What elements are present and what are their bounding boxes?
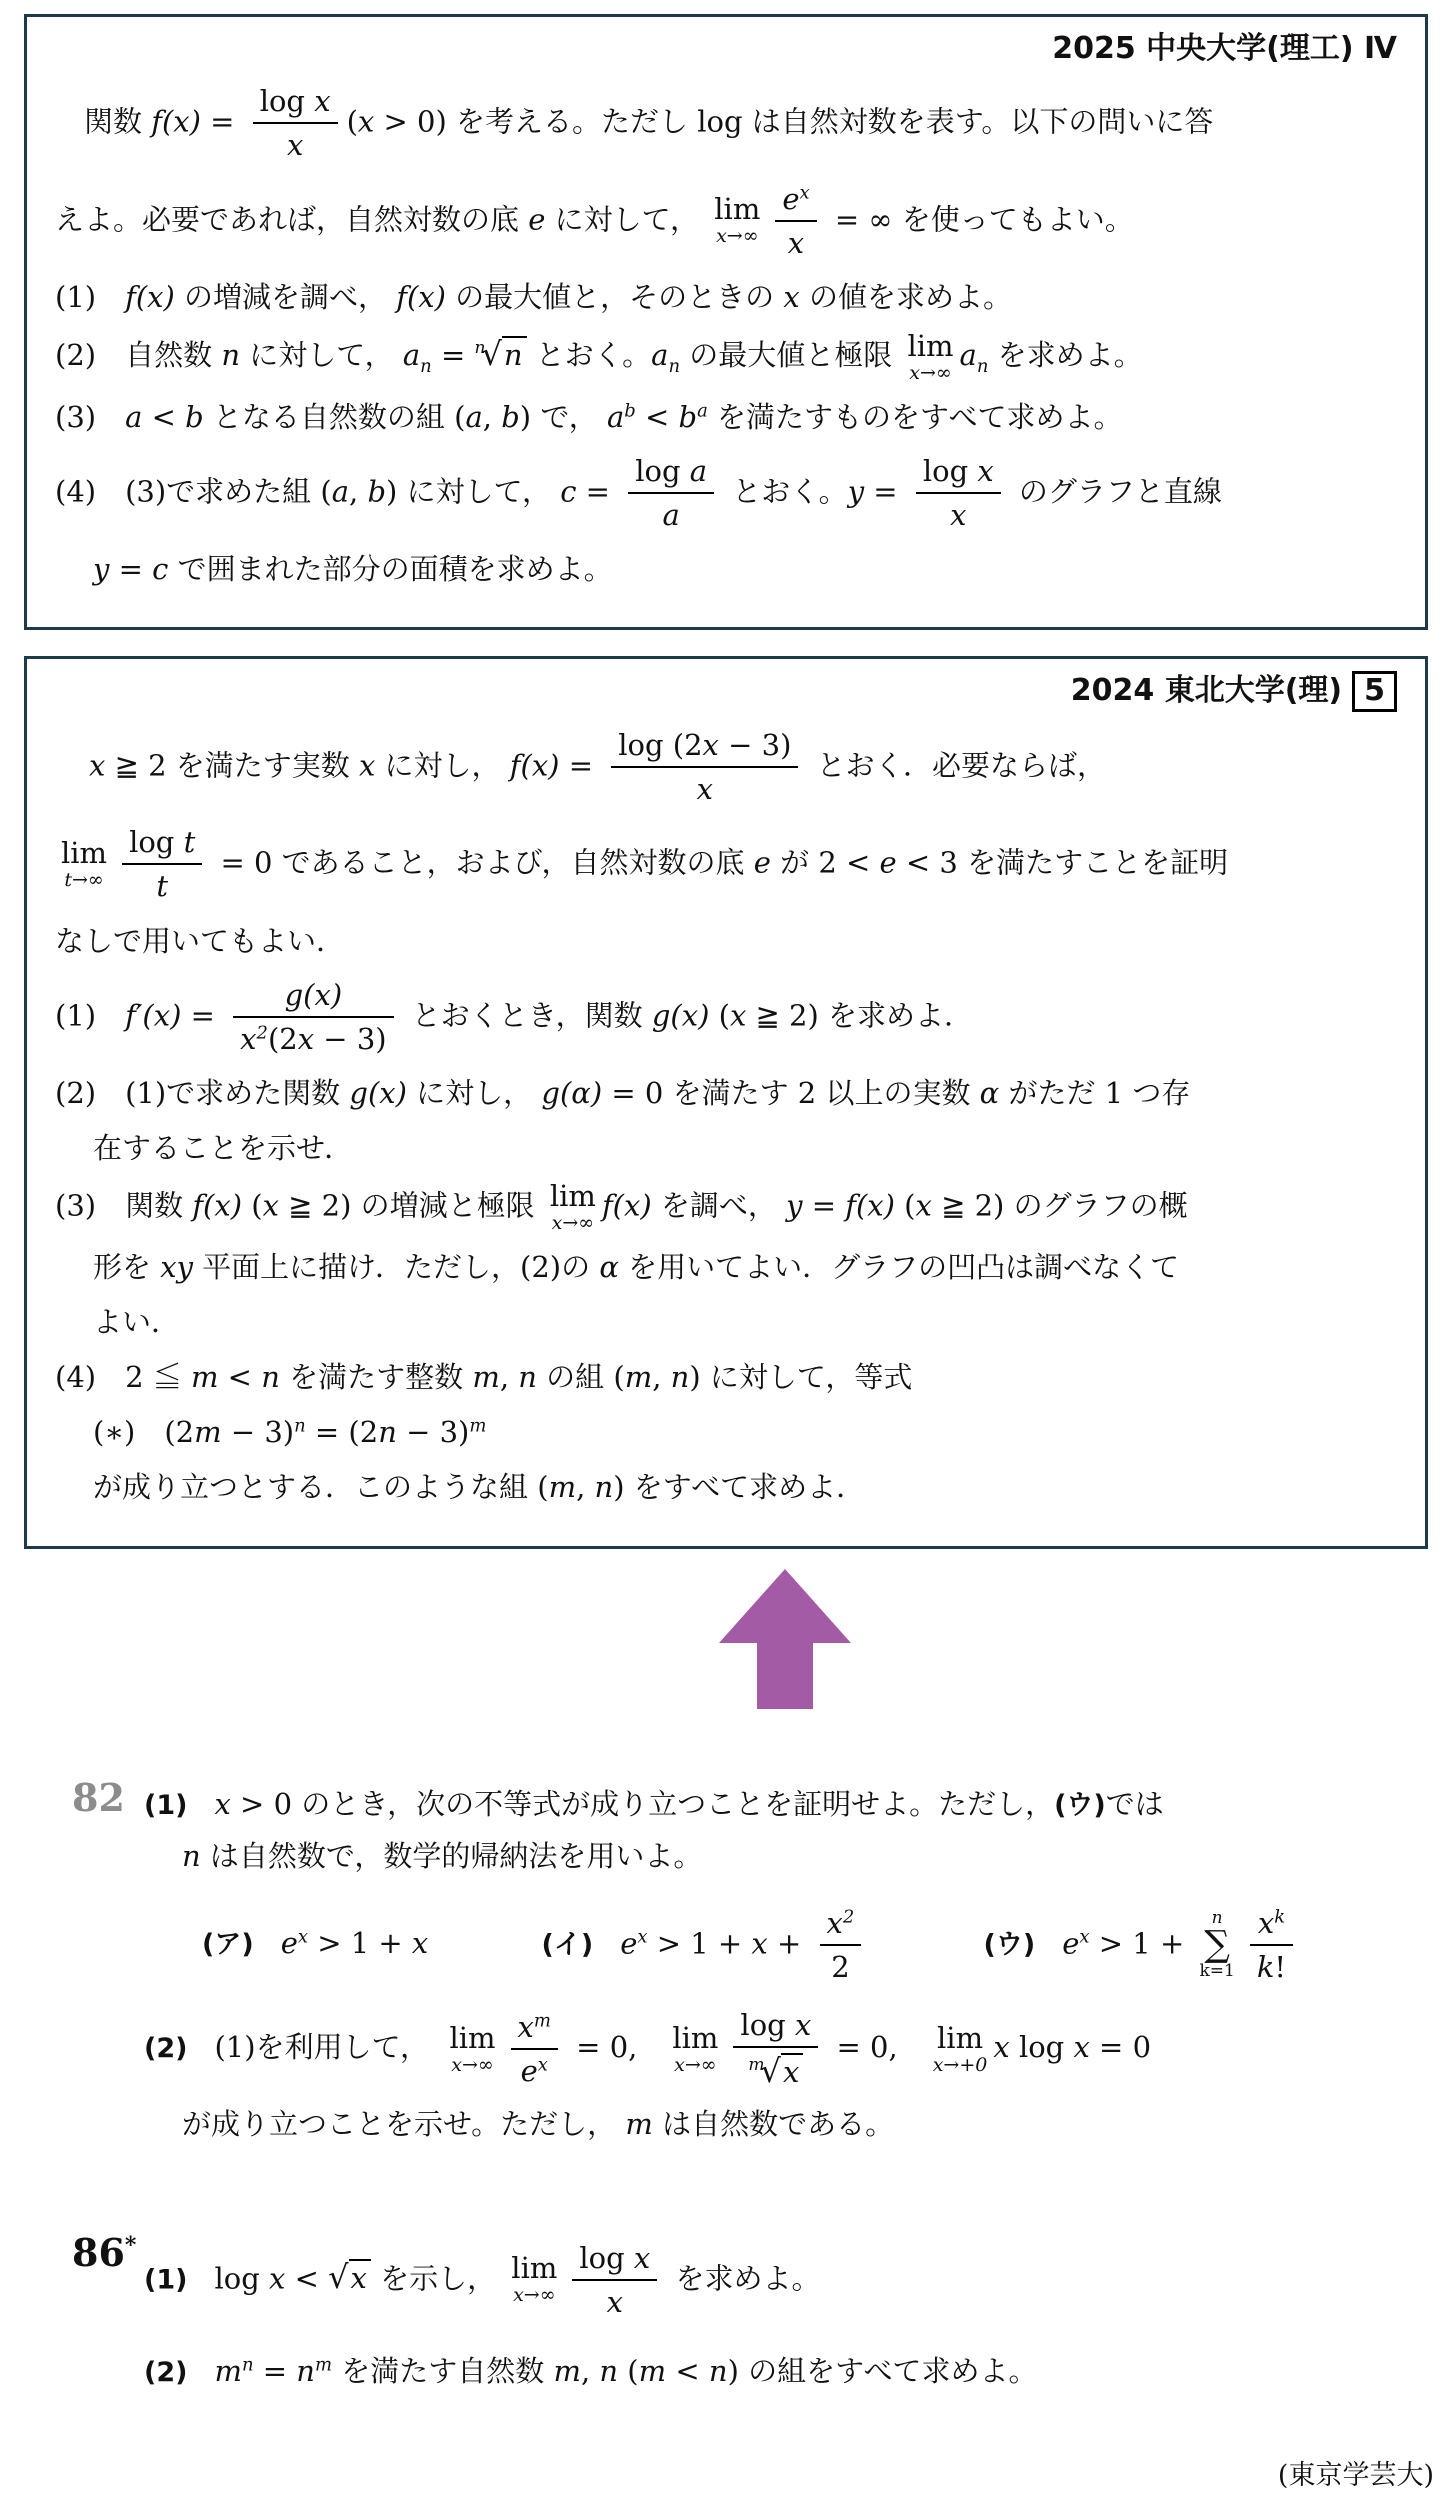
problem-82-body: (1) x > 0 のとき，次の不等式が成り立つことを証明せよ。ただし，(ウ)で… bbox=[144, 1773, 1410, 2156]
limit: limx→+0 bbox=[933, 2024, 988, 2075]
problem-86: 86* (1) log x < √x を示し， limx→∞log xx を求め… bbox=[72, 2228, 1410, 2403]
fraction: g(x)x2(2x − 3) bbox=[233, 977, 393, 1058]
box2-intro-line1: x ≧ 2 を満たす実数 x に対し， f(x) = log (2x − 3)x… bbox=[55, 725, 1397, 810]
limit: limx→∞ bbox=[907, 332, 953, 383]
limit: limx→∞ bbox=[672, 2024, 718, 2075]
radical: m√x bbox=[748, 2055, 803, 2089]
box2-intro-line2: limt→∞log tt = 0 であること，および，自然対数の底 e が 2 … bbox=[55, 822, 1397, 907]
box1-intro-line2: えよ。必要であれば，自然対数の底 e に対して， limx→∞exx = ∞ を… bbox=[55, 179, 1397, 264]
problem-86-number-text: 86 bbox=[72, 2230, 125, 2275]
up-arrow-head-icon bbox=[719, 1569, 851, 1643]
problem-82-q1-line2: n は自然数で，数学的帰納法を用いよ。 bbox=[144, 1835, 1410, 1877]
fraction: log aa bbox=[628, 453, 714, 534]
limit: limx→∞ bbox=[550, 1182, 596, 1233]
problem-82-q1-line1: (1) x > 0 のとき，次の不等式が成り立つことを証明せよ。ただし，(ウ)で… bbox=[144, 1783, 1410, 1825]
worksheet-page: 2025 中央大学(理工) Ⅳ 関数 f(x) = log xx(x > 0) … bbox=[0, 0, 1450, 2515]
box2-question-4-equation: (∗) (2m − 3)n = (2n − 3)m bbox=[55, 1411, 1397, 1453]
problem-82-q2-line1: (2) (1)を利用して， limx→∞xmex = 0, limx→∞log … bbox=[144, 2005, 1410, 2093]
box2-question-3-line1: (3) 関数 f(x) (x ≧ 2) の増減と極限 limx→∞f(x) を調… bbox=[55, 1182, 1397, 1233]
fraction: log xx bbox=[253, 83, 338, 164]
problem-82-option-i: (イ) ex > 1 + x + x22 bbox=[542, 1903, 871, 1988]
fraction: xkk! bbox=[1250, 1905, 1293, 1986]
problem-86-q1: (1) log x < √x を示し， limx→∞log xx を求めよ。 bbox=[144, 2238, 1410, 2323]
problem-82-inequality-options: (ア) ex > 1 + x (イ) ex > 1 + x + x22 (ウ) … bbox=[144, 1903, 1410, 1988]
problem-86-number: 86* bbox=[72, 2228, 144, 2276]
problem-86-q2: (2) mn = nm を満たす自然数 m, n (m < n) の組をすべて求… bbox=[144, 2350, 1410, 2392]
box2-problem-number-box: 5 bbox=[1352, 671, 1397, 712]
limit: limx→∞ bbox=[511, 2254, 557, 2305]
up-arrow bbox=[719, 1569, 851, 1709]
box2-question-4-line3: が成り立つとする．このような組 (m, n) をすべて求めよ． bbox=[55, 1466, 1397, 1508]
radical: √x bbox=[328, 2261, 371, 2295]
limit: limt→∞ bbox=[61, 839, 107, 890]
problem-82-option-u: (ウ) ex > 1 + n∑k=1xkk! bbox=[984, 1903, 1303, 1988]
box1-question-1: (1) f(x) の増減を調べ， f(x) の最大値と，そのときの x の値を求… bbox=[55, 276, 1397, 318]
problem-86-body: (1) log x < √x を示し， limx→∞log xx を求めよ。 (… bbox=[144, 2228, 1410, 2403]
box1-question-4-line2: y = c で囲まれた部分の面積を求めよ。 bbox=[55, 548, 1397, 590]
problem-82-option-a: (ア) ex > 1 + x bbox=[202, 1922, 428, 1964]
radical: n√n bbox=[474, 338, 526, 372]
box1-question-4-line1: (4) (3)で求めた組 (a, b) に対して， c = log aa とおく… bbox=[55, 451, 1397, 536]
up-arrow-shaft bbox=[757, 1643, 813, 1709]
fraction: log xx bbox=[572, 2240, 657, 2321]
fraction: log (2x − 3)x bbox=[611, 727, 798, 808]
problem-box-chuo-2025: 2025 中央大学(理工) Ⅳ 関数 f(x) = log xx(x > 0) … bbox=[24, 14, 1428, 630]
problem-box-tohoku-2024: 2024 東北大学(理)5 x ≧ 2 を満たす実数 x に対し， f(x) =… bbox=[24, 656, 1428, 1548]
box2-question-3-line2: 形を xy 平面上に描け．ただし，(2)の α を用いてよい．グラフの凹凸は調べ… bbox=[55, 1246, 1397, 1288]
problem-82: 82 (1) x > 0 のとき，次の不等式が成り立つことを証明せよ。ただし，(… bbox=[72, 1773, 1410, 2156]
box2-question-2-line2: 在することを示せ． bbox=[55, 1127, 1397, 1169]
box2-question-4-line1: (4) 2 ≦ m < n を満たす整数 m, n の組 (m, n) に対して… bbox=[55, 1356, 1397, 1398]
problem-86-star: * bbox=[125, 2232, 137, 2258]
limit: limx→∞ bbox=[714, 195, 760, 246]
box2-header: 2024 東北大学(理)5 bbox=[55, 671, 1397, 712]
source-credit: (東京学芸大) bbox=[0, 2456, 1450, 2515]
fraction: x22 bbox=[820, 1905, 862, 1986]
box2-intro-line3: なしで用いてもよい． bbox=[55, 920, 1397, 962]
summation: n∑k=1 bbox=[1199, 1910, 1234, 1980]
fraction: log xx bbox=[916, 453, 1001, 534]
fraction: log xm√x bbox=[733, 2007, 818, 2091]
problem-82-q2-line2: が成り立つことを示せ。ただし， m は自然数である。 bbox=[144, 2103, 1410, 2145]
box1-intro-line1: 関数 f(x) = log xx(x > 0) を考える。ただし log は自然… bbox=[55, 81, 1397, 166]
box1-question-3: (3) a < b となる自然数の組 (a, b) で， ab < ba を満た… bbox=[55, 396, 1397, 438]
fraction: exx bbox=[775, 181, 816, 262]
problem-82-number: 82 bbox=[72, 1773, 144, 1821]
fraction: log tt bbox=[122, 824, 202, 905]
box1-question-2: (2) 自然数 n に対して， an = n√n とおく。an の最大値と極限 … bbox=[55, 331, 1397, 383]
box2-question-1: (1) f′(x) = g(x)x2(2x − 3) とおくとき，関数 g(x)… bbox=[55, 975, 1397, 1060]
box2-question-2-line1: (2) (1)で求めた関数 g(x) に対し， g(α) = 0 を満たす 2 … bbox=[55, 1072, 1397, 1114]
box2-question-3-line3: よい． bbox=[55, 1301, 1397, 1343]
fraction: xmex bbox=[511, 2009, 558, 2090]
box1-header: 2025 中央大学(理工) Ⅳ bbox=[55, 29, 1397, 68]
box2-header-text: 2024 東北大学(理) bbox=[1071, 673, 1342, 708]
limit: limx→∞ bbox=[449, 2024, 495, 2075]
